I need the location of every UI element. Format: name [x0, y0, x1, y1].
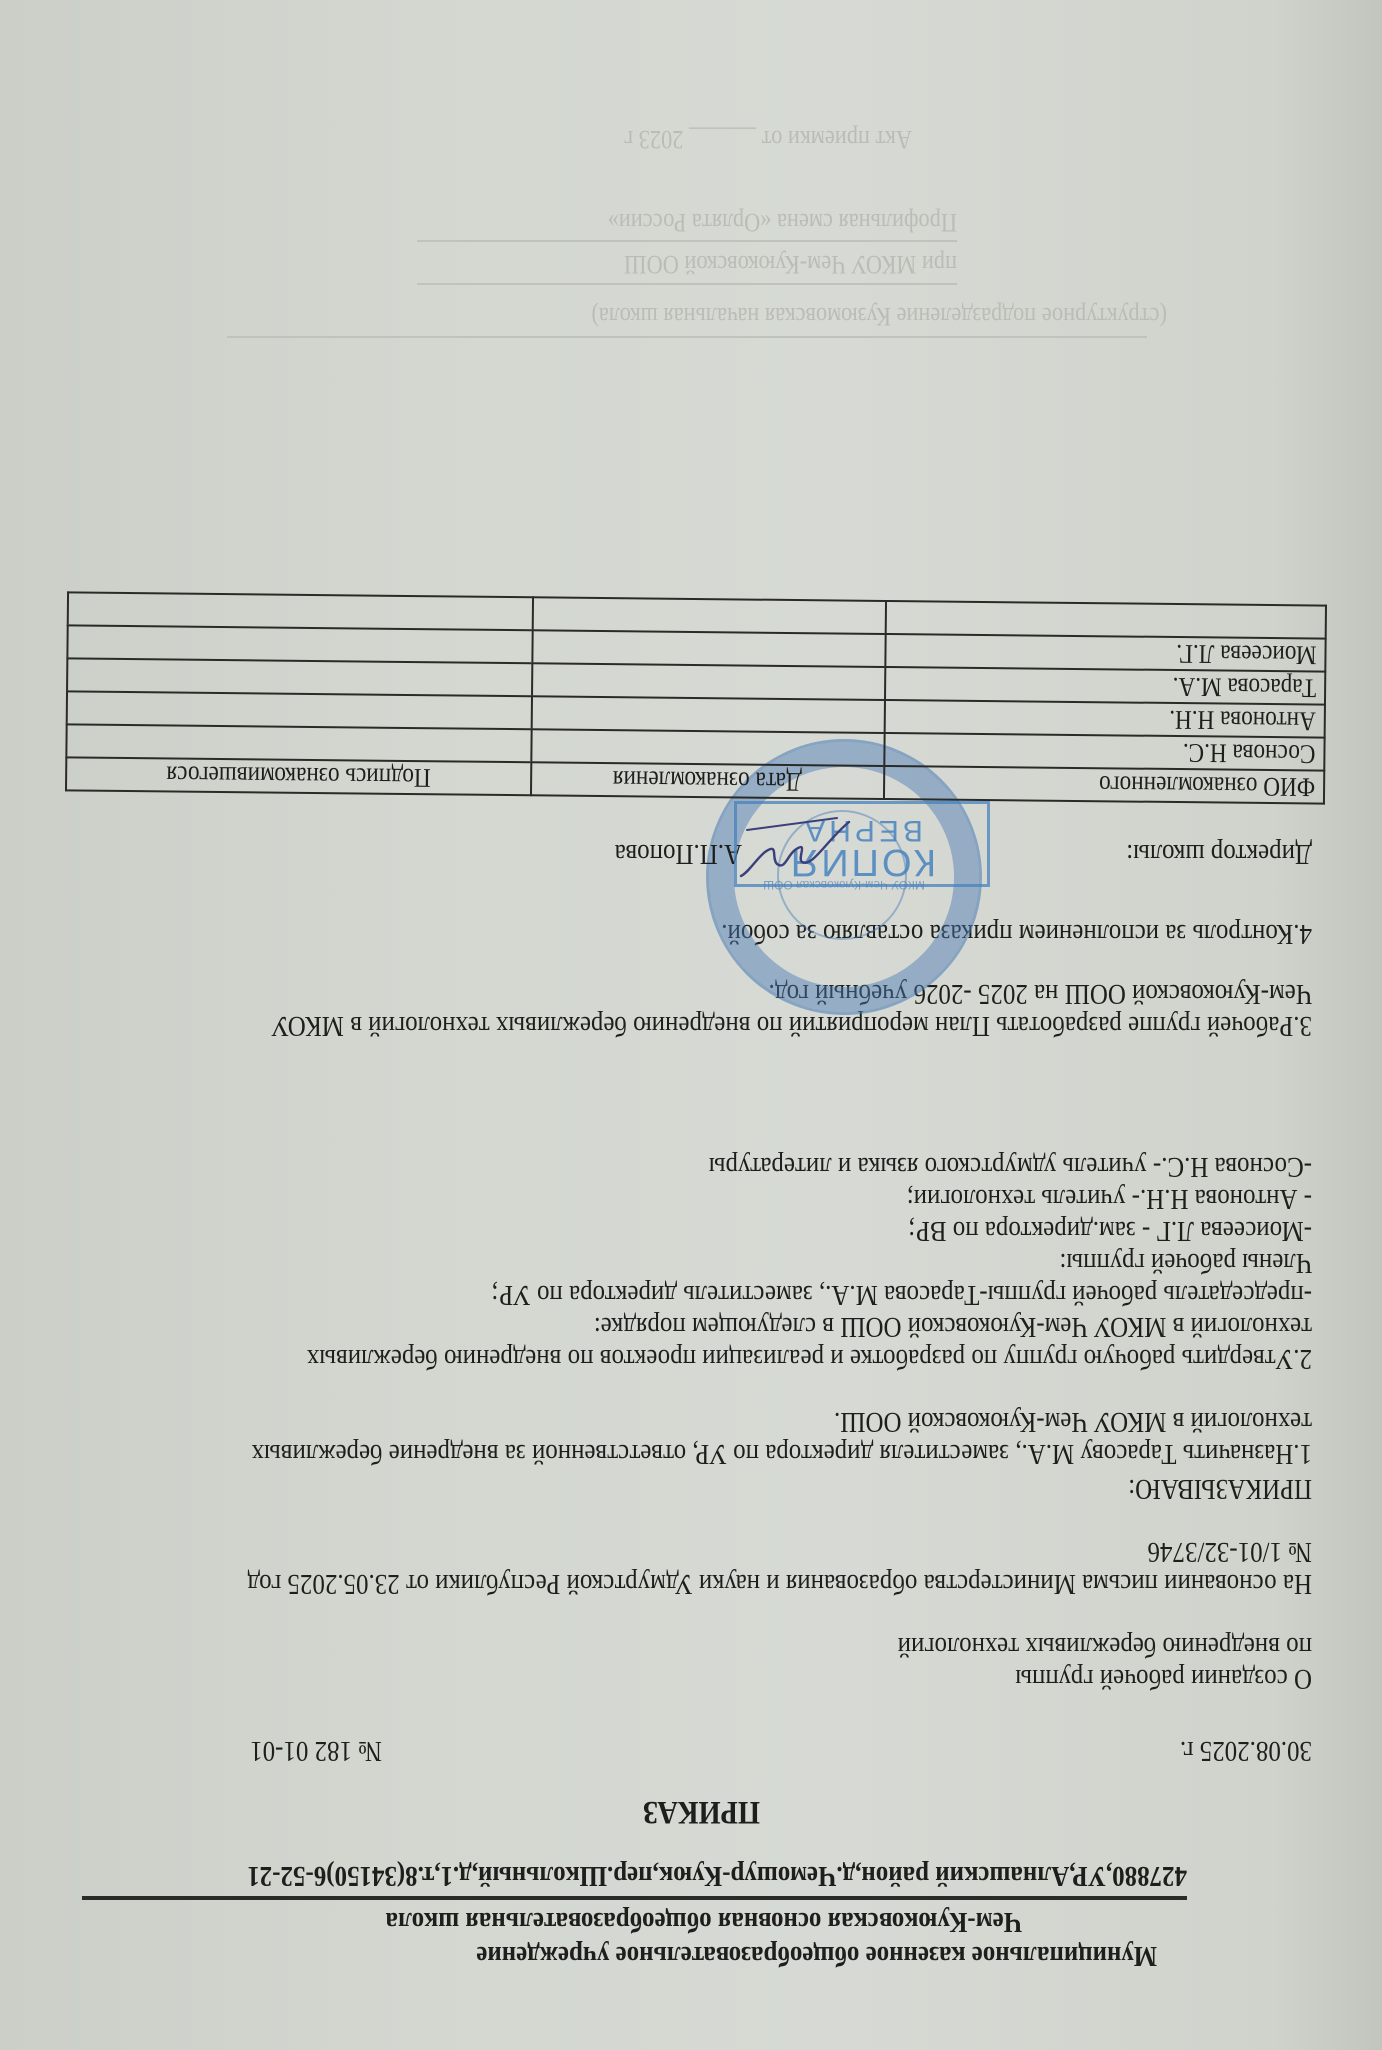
bleed-through-rule [227, 336, 1147, 338]
item-2-line: -председатель рабочей группы-Тарасова М.… [491, 1279, 1312, 1311]
cell-signature [66, 724, 532, 762]
cell-date [533, 597, 886, 634]
cell-name: Тарасова М.А. [885, 667, 1326, 705]
bleed-through-line: Профильная смена «Орлята России» [608, 206, 957, 238]
bleed-through-line: Акт приемки от ______ 2023 г [624, 123, 912, 155]
header-rule [82, 1896, 1187, 1900]
order-document-page: Акт приемки от ______ 2023 г Профильная … [0, 0, 1382, 2050]
org-name-line2: Чем-Куюковская основная общеобразователь… [385, 1906, 1022, 1938]
order-word: ПРИКАЗЫВАЮ: [1128, 1473, 1312, 1505]
order-number: № 182 01-01 [250, 1735, 382, 1767]
item-2-line: технологий в МКОУ Чем-Куюковской ООШ в с… [594, 1311, 1312, 1343]
bleed-through-line: (структурное подразделение Кузюмовская н… [591, 300, 1167, 332]
item-2-member: -Моисеева Л.Г - зам.директора по ВР; [908, 1215, 1312, 1247]
bleed-through-rule [417, 240, 957, 242]
cell-name: Антонова Н.Н. [884, 700, 1325, 738]
director-signature [737, 810, 857, 880]
cell-date [533, 630, 886, 667]
cell-signature [68, 592, 534, 630]
item-3-line: 3.Рабочей группе разработать План меропр… [271, 1010, 1312, 1042]
bleed-through-line: при МКОУ Чем-Куюковской ООШ [624, 248, 957, 280]
order-basis-line: На основании письма Министерства образов… [247, 1568, 1312, 1600]
cell-signature [67, 691, 533, 729]
cell-name [885, 601, 1326, 639]
director-role: Директор школы: [1126, 838, 1312, 870]
cell-date [532, 696, 885, 733]
column-header-signature: Подпись ознакомившегося [66, 757, 532, 795]
item-2-member: - Антонова Н.Н.- учитель технологии; [907, 1183, 1312, 1215]
acknowledgement-table: ФИО ознакомленного Дата ознакомления Под… [65, 591, 1327, 804]
item-2-line: Члены рабочей группы: [1059, 1247, 1312, 1279]
item-1-line: технологий в МКОУ Чем-Куюковской ООШ. [834, 1406, 1312, 1438]
org-address: 427880,УР,Алнашский район,д.Чемошур-Куюк… [247, 1860, 1187, 1892]
org-name-line1: Муниципальное казенное общеобразовательн… [476, 1940, 1157, 1972]
order-date: 30.08.2025 г. [1180, 1735, 1312, 1767]
cell-signature [67, 625, 533, 663]
cell-signature [67, 658, 533, 696]
column-header-name: ФИО ознакомленного [884, 766, 1325, 804]
cell-date [532, 729, 885, 766]
order-basis-line: № 1/01-32/3746 [1148, 1536, 1312, 1568]
item-2-line: 2.Утвердить рабочую группу по разработке… [307, 1343, 1312, 1375]
order-subject-line: по внедрению бережливых технологий [898, 1631, 1312, 1663]
item-1-line: 1.Назначить Тарасову М.А., заместителя д… [251, 1438, 1312, 1470]
cell-name: Соснова Н.С. [884, 733, 1325, 771]
item-2-member: -Соснова Н.С.- учитель удмуртского языка… [709, 1151, 1312, 1183]
cell-date [532, 663, 885, 700]
bleed-through-rule [417, 283, 957, 285]
document-title: ПРИКАЗ [643, 1796, 760, 1828]
column-header-date: Дата ознакомления [531, 762, 884, 799]
order-subject-line: О создании рабочей группы [1015, 1663, 1312, 1695]
director-name: А.П.Попова [615, 838, 742, 870]
cell-name: Моисеева Л.Г. [885, 634, 1326, 672]
